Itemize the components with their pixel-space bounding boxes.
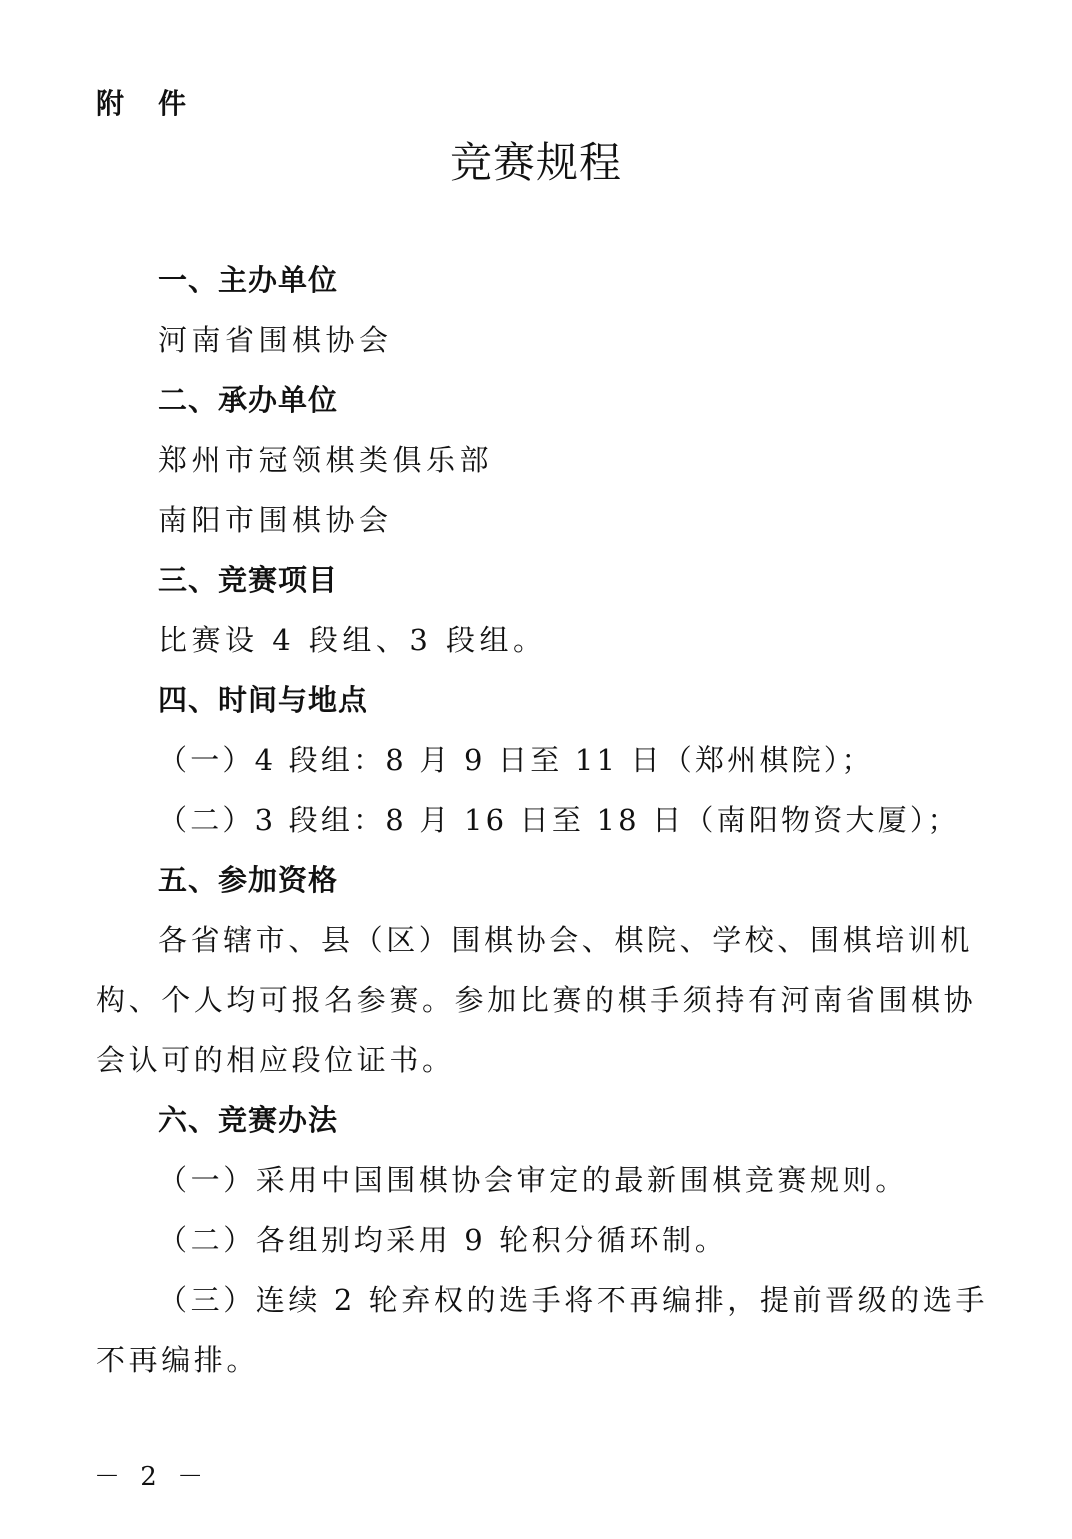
attachment-label: 附件: [96, 82, 186, 122]
eligibility-line-3: 会认可的相应段位证书。: [96, 1040, 455, 1080]
page-number: － 2 －: [94, 1456, 209, 1493]
rules-item-2: （二）各组别均采用 9 轮积分循环制。: [158, 1220, 727, 1260]
events-text: 比赛设 4 段组、3 段组。: [158, 620, 547, 660]
eligibility-line-2: 构、个人均可报名参赛。参加比赛的棋手须持有河南省围棋协: [96, 980, 976, 1020]
section-heading-organizer: 一、主办单位: [158, 260, 338, 300]
attachment-char-2: 件: [158, 87, 186, 120]
co-organizer-name-2: 南阳市围棋协会: [158, 500, 393, 540]
schedule-item-1: （一）4 段组：8 月 9 日至 11 日（郑州棋院）；: [158, 740, 874, 780]
organizer-name: 河南省围棋协会: [158, 320, 393, 360]
section-heading-co-organizer: 二、承办单位: [158, 380, 338, 420]
attachment-char-1: 附: [96, 87, 124, 120]
co-organizer-name-1: 郑州市冠领棋类俱乐部: [158, 440, 493, 480]
document-page: 附件 竞赛规程 一、主办单位 河南省围棋协会 二、承办单位 郑州市冠领棋类俱乐部…: [0, 0, 1072, 1539]
section-heading-events: 三、竞赛项目: [158, 560, 338, 600]
section-heading-eligibility: 五、参加资格: [158, 860, 338, 900]
eligibility-line-1: 各省辖市、县（区）围棋协会、棋院、学校、围棋培训机: [158, 920, 973, 960]
document-title: 竞赛规程: [0, 130, 1072, 190]
schedule-item-2: （二）3 段组：8 月 16 日至 18 日（南阳物资大厦）；: [158, 800, 960, 840]
rules-item-3-line-2: 不再编排。: [96, 1340, 259, 1380]
section-heading-time-place: 四、时间与地点: [158, 680, 368, 720]
section-heading-rules: 六、竞赛办法: [158, 1100, 338, 1140]
rules-item-3-line-1: （三）连续 2 轮弃权的选手将不再编排，提前晋级的选手: [158, 1280, 988, 1320]
rules-item-1: （一）采用中国围棋协会审定的最新围棋竞赛规则。: [158, 1160, 908, 1200]
